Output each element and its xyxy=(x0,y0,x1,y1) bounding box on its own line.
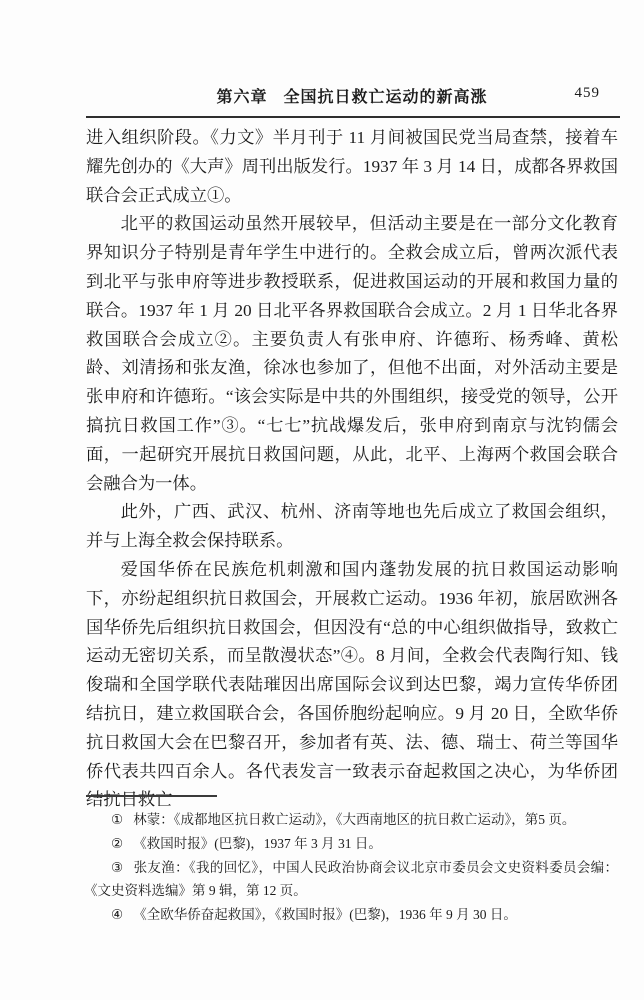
paragraph: 进入组织阶段。《力文》半月刊于 11 月间被国民党当局查禁，接着车耀先创办的《大… xyxy=(86,124,618,210)
book-page: 第六章全国抗日救亡运动的新高涨 459 进入组织阶段。《力文》半月刊于 11 月… xyxy=(0,0,644,1000)
footnote-marker: ① xyxy=(111,812,123,827)
chapter-title: 全国抗日救亡运动的新高涨 xyxy=(284,89,488,106)
body-text: 进入组织阶段。《力文》半月刊于 11 月间被国民党当局查禁，接着车耀先创办的《大… xyxy=(86,124,618,815)
footnote-item: ③张友渔：《我的回忆》，中国人民政治协商会议北京市委员会文史资料委员会编：《文史… xyxy=(84,856,618,904)
paragraph: 北平的救国运动虽然开展较早，但活动主要是在一部分文化教育界知识分子特别是青年学生… xyxy=(86,210,618,498)
paragraph: 爱国华侨在民族危机刺激和国内蓬勃发展的抗日救国运动影响下，亦纷起组织抗日救国会，… xyxy=(86,556,618,815)
chapter-label: 第六章 xyxy=(216,89,267,106)
paragraph: 此外，广西、武汉、杭州、济南等地也先后成立了救国会组织，并与上海全救会保持联系。 xyxy=(86,498,618,556)
footnote-text: 林蒙：《成都地区抗日救亡运动》，《大西南地区的抗日救亡运动》，第5 页。 xyxy=(133,812,575,827)
footnote-marker: ③ xyxy=(111,860,123,875)
footnote-text: 张友渔：《我的回忆》，中国人民政治协商会议北京市委员会文史资料委员会编：《文史资… xyxy=(84,860,618,899)
header-rule xyxy=(86,116,620,118)
footnote-marker: ② xyxy=(111,836,123,851)
footnote-item: ④《全欧华侨奋起救国》，《救国时报》(巴黎)，1936 年 9 月 30 日。 xyxy=(84,903,618,927)
footnote-text: 《救国时报》(巴黎)，1937 年 3 月 31 日。 xyxy=(133,836,382,851)
footnote-item: ②《救国时报》(巴黎)，1937 年 3 月 31 日。 xyxy=(84,832,618,856)
page-number: 459 xyxy=(575,85,601,102)
footnotes: ①林蒙：《成都地区抗日救亡运动》，《大西南地区的抗日救亡运动》，第5 页。 ②《… xyxy=(84,808,618,927)
footnote-separator xyxy=(86,795,217,797)
footnote-text: 《全欧华侨奋起救国》，《救国时报》(巴黎)，1936 年 9 月 30 日。 xyxy=(133,907,517,922)
page-header: 第六章全国抗日救亡运动的新高涨 459 xyxy=(86,84,618,108)
running-head: 第六章全国抗日救亡运动的新高涨 xyxy=(86,84,618,107)
footnote-marker: ④ xyxy=(111,907,123,922)
footnote-item: ①林蒙：《成都地区抗日救亡运动》，《大西南地区的抗日救亡运动》，第5 页。 xyxy=(84,808,618,832)
